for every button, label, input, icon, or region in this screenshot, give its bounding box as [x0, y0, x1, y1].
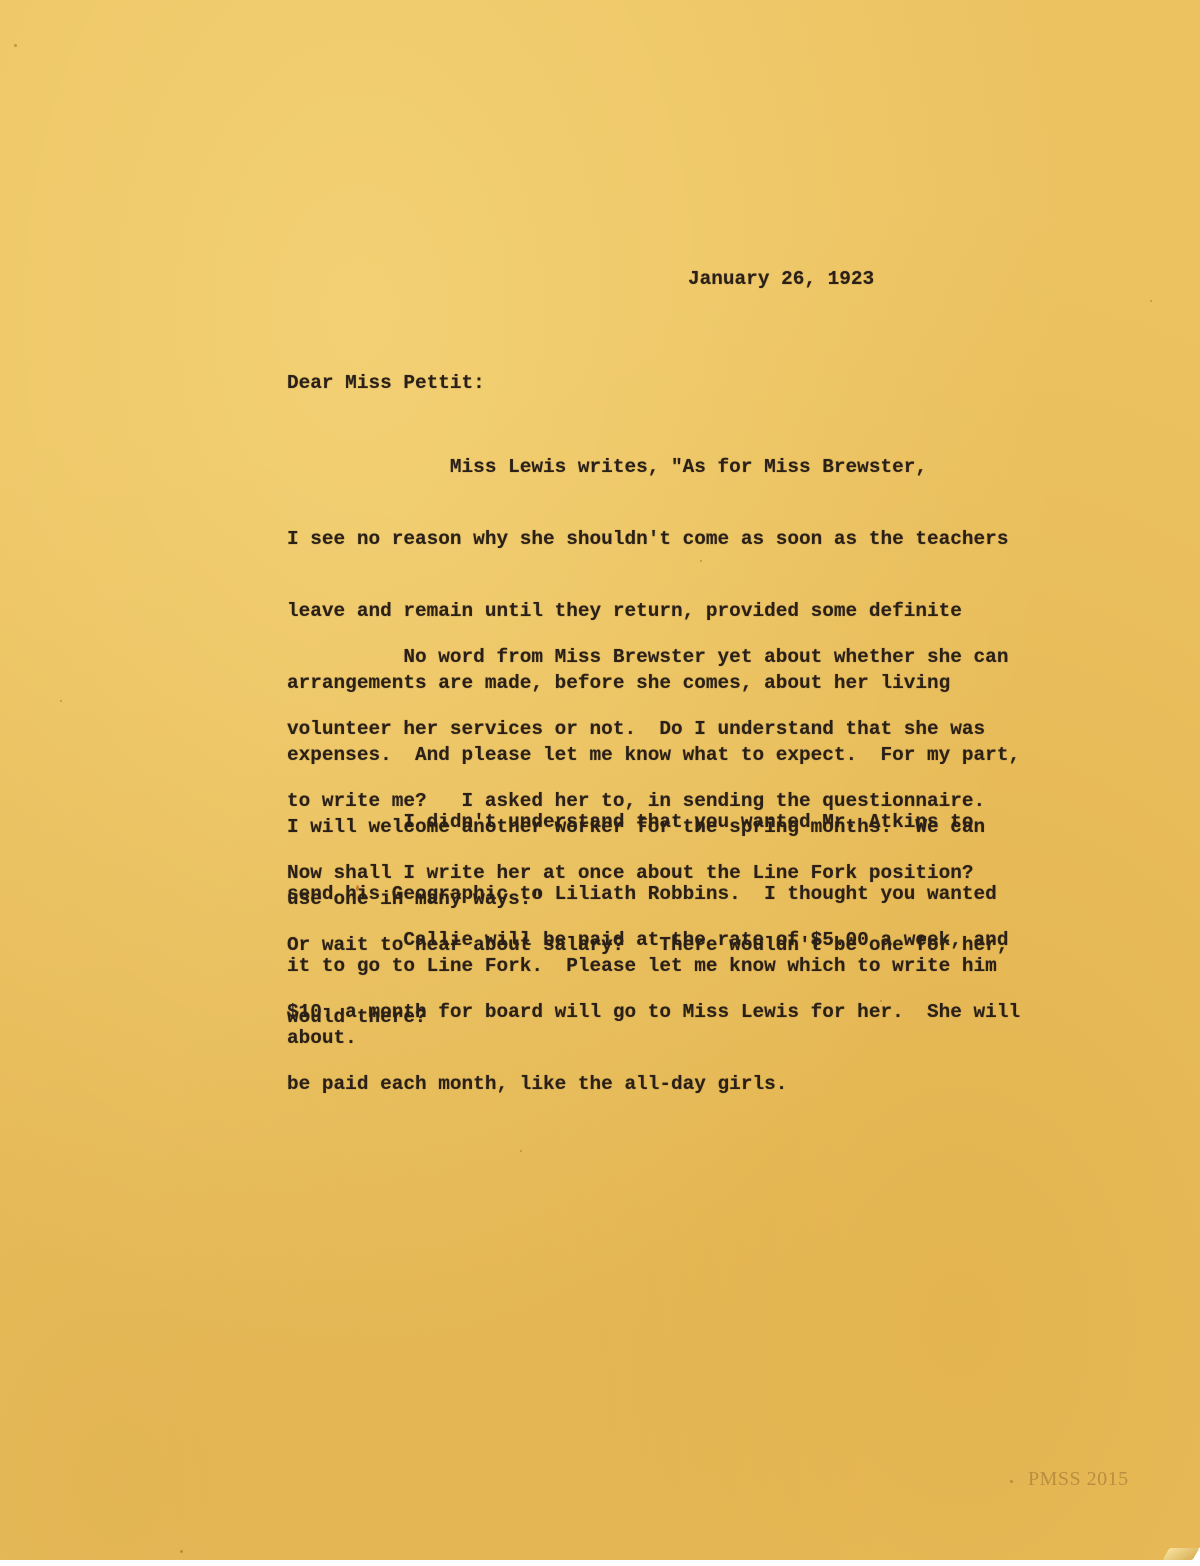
paper-speck — [520, 1150, 522, 1152]
letter-date: January 26, 1923 — [688, 267, 874, 291]
paper-speck — [1010, 1480, 1013, 1483]
paper-speck — [60, 700, 62, 702]
paragraph-line: I didn't understand that you wanted Mr. … — [287, 810, 997, 834]
paragraph-line: be paid each month, like the all-day gir… — [287, 1072, 1020, 1096]
paragraph-line: volunteer her services or not. Do I unde… — [287, 717, 1008, 741]
letter-paper: January 26, 1923 Dear Miss Pettit: Miss … — [0, 0, 1200, 1560]
paper-speck — [180, 1550, 183, 1553]
paragraph-4: Callie will be paid at the rate of $5.00… — [287, 880, 1020, 1144]
paper-speck — [1150, 300, 1152, 302]
archive-watermark: PMSS 2015 — [1028, 1468, 1129, 1491]
letter-salutation: Dear Miss Pettit: — [287, 371, 485, 395]
paragraph-line: I see no reason why she shouldn't come a… — [287, 527, 1020, 551]
paragraph-line: $10. a month for board will go to Miss L… — [287, 1000, 1020, 1024]
paragraph-line: No word from Miss Brewster yet about whe… — [287, 645, 1008, 669]
paragraph-line: Miss Lewis writes, "As for Miss Brewster… — [287, 455, 1020, 479]
paper-speck — [14, 44, 17, 47]
paragraph-line: Callie will be paid at the rate of $5.00… — [287, 928, 1020, 952]
page-corner-curl — [1163, 1548, 1200, 1560]
